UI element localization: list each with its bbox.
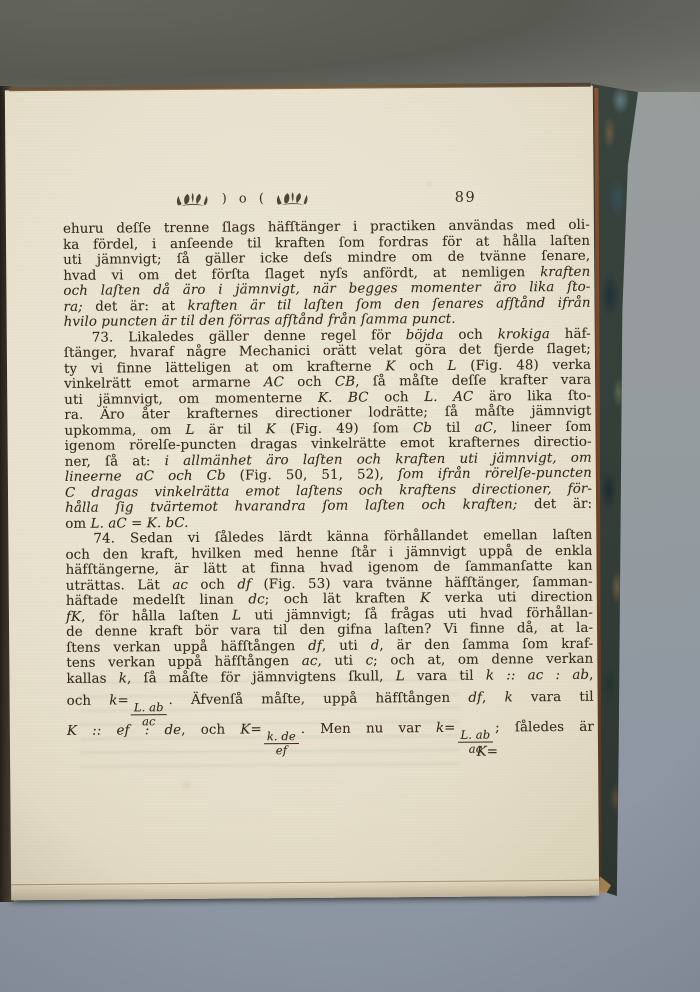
page-number: 89 — [455, 190, 477, 206]
header-ornament-group: ) o ( — [176, 192, 310, 208]
body-text: ehuru deſſe trenne ſlags häfſtänger i pr… — [63, 218, 594, 747]
fraction: k. deef — [264, 730, 299, 757]
page-header: ) o ( 89 — [63, 190, 590, 210]
book-photo: ) o ( 89 eh — [0, 0, 700, 992]
page-stack-edge — [11, 880, 599, 901]
header-bracket-close: ) — [222, 192, 227, 207]
text-line: och k=L. abac. Äfvenſå måſte, uppå häfſt… — [67, 683, 594, 717]
header-bracket-open: ( — [259, 191, 264, 206]
fleuron-ornament-icon — [276, 192, 310, 207]
text-block: ) o ( 89 eh — [63, 190, 594, 765]
header-separator: o — [239, 191, 247, 206]
backdrop-shadow — [0, 0, 700, 92]
book-page: ) o ( 89 eh — [5, 86, 599, 901]
fleuron-ornament-icon — [176, 193, 210, 208]
text-line: K :: ef : de, och K=k. deef. Men nu var … — [67, 713, 594, 747]
